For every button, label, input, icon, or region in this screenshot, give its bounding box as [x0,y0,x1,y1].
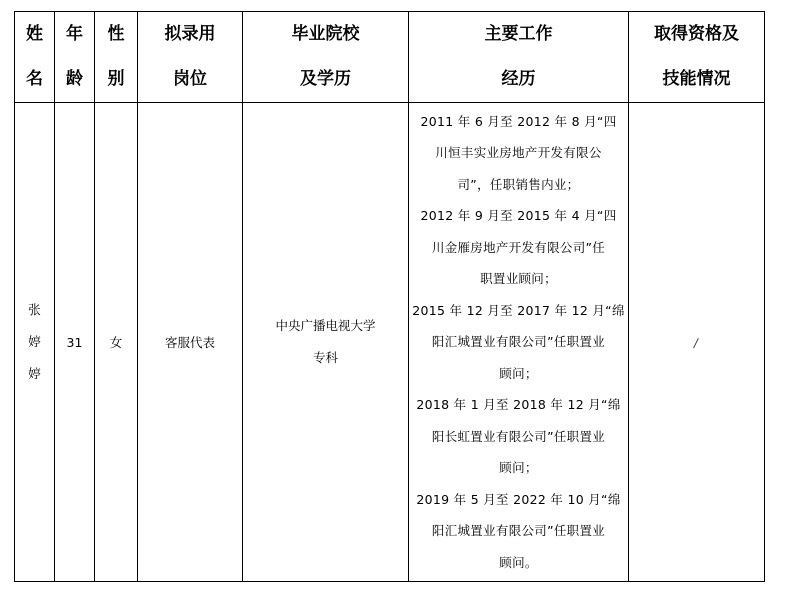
cell-position: 客服代表 [138,103,243,582]
header-qualifications: 取得资格及 技能情况 [629,12,765,103]
cell-age: 31 [55,103,95,582]
cell-work-experience: 2011 年 6 月至 2012 年 8 月“四 川恒丰实业房地产开发有限公 司… [409,103,629,582]
header-work-experience: 主要工作 经历 [409,12,629,103]
table-row: 张 婷 婷 31 女 客服代表 中央广播电视大学 专科 2011 年 6 月至 … [15,103,765,582]
header-row: 姓 名 年 龄 性 别 拟录用 岗位 毕业院校 及学历 主要工作 经历 [15,12,765,103]
cell-school: 中央广播电视大学 专科 [243,103,409,582]
header-name: 姓 名 [15,12,55,103]
qualifications-value: / [693,336,700,350]
cell-name: 张 婷 婷 [15,103,55,582]
cell-gender: 女 [95,103,138,582]
candidate-table: 姓 名 年 龄 性 别 拟录用 岗位 毕业院校 及学历 主要工作 经历 [14,11,765,582]
header-age: 年 龄 [55,12,95,103]
header-gender: 性 别 [95,12,138,103]
header-position: 拟录用 岗位 [138,12,243,103]
header-school: 毕业院校 及学历 [243,12,409,103]
cell-qualifications: / [629,103,765,582]
